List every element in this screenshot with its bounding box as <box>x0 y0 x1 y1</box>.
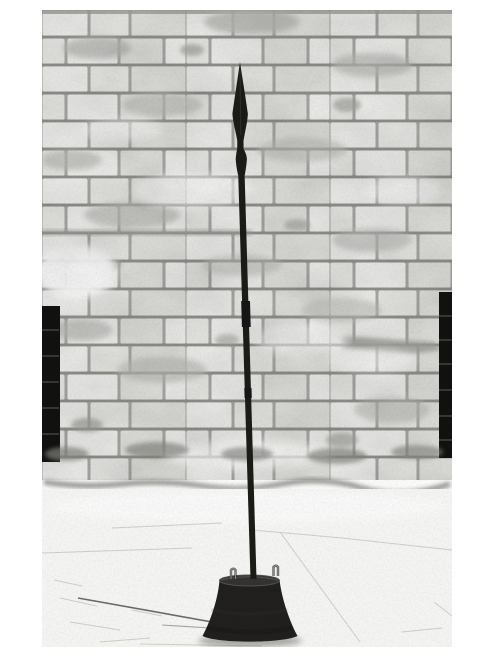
photo-canvas <box>42 10 452 647</box>
photo-page <box>0 0 496 661</box>
photograph <box>42 10 452 647</box>
film-grain-overlay <box>42 10 452 647</box>
